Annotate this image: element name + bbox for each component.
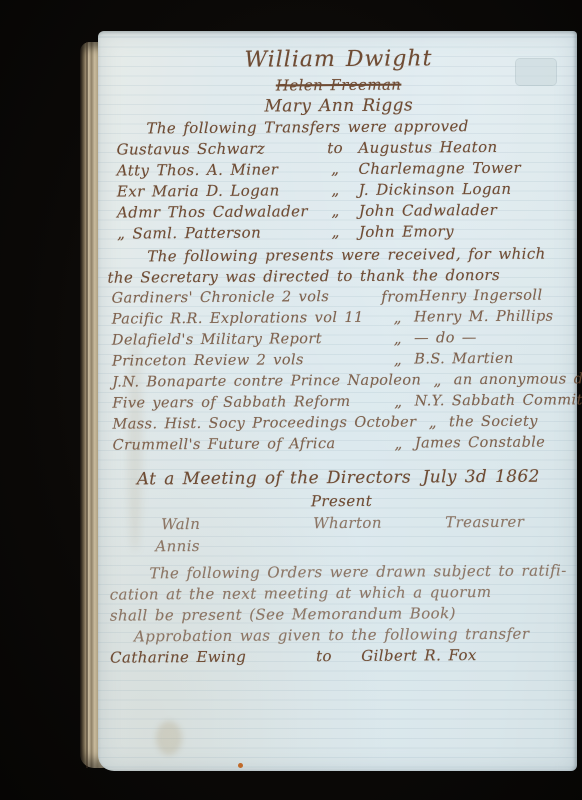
- transfer-from: „ Saml. Patterson: [107, 222, 312, 244]
- attendees-row: Annis: [109, 532, 574, 557]
- ditto-mark: „: [421, 370, 454, 391]
- final-transfer-row: Catharine Ewing to Gilbert R. Fox: [110, 644, 575, 668]
- present-donor: N.Y. Sabbath Committee: [414, 390, 582, 412]
- ditto-mark: „: [312, 159, 359, 180]
- present-donor: James Constable: [415, 432, 574, 454]
- transfer-connector: to: [287, 646, 362, 668]
- transfer-row: „ Saml. Patterson „ John Emory: [107, 220, 572, 244]
- present-item: Pacific R.R. Explorations vol 11: [108, 308, 382, 331]
- ditto-mark: „: [382, 433, 415, 454]
- transfer-from: Gustavus Schwarz: [106, 138, 311, 160]
- minutes-line: Approbation was given to the following t…: [110, 623, 575, 647]
- transfer-from: Atty Thos. A. Miner: [107, 159, 312, 181]
- present-donor: the Society: [449, 411, 574, 433]
- attendee-name: Wharton: [313, 512, 382, 534]
- attendees-row: Waln Wharton Treasurer: [109, 510, 574, 535]
- present-item: Princeton Review 2 vols: [108, 350, 382, 373]
- present-donor: — do —: [414, 327, 573, 349]
- ditto-mark: „: [381, 307, 414, 328]
- ditto-mark: „: [381, 328, 414, 349]
- presents-intro-line1: The following presents were received, fo…: [107, 243, 572, 267]
- meeting-heading-text: At a Meeting of the Directors: [109, 465, 411, 493]
- ditto-mark: „: [312, 201, 359, 222]
- transfer-to: John Emory: [359, 220, 572, 242]
- transfer-from: Catharine Ewing: [110, 646, 287, 668]
- ditto-mark: „: [382, 349, 415, 370]
- meeting-heading: At a Meeting of the Directors July 3d 18…: [109, 463, 574, 492]
- attendee-name: Annis: [155, 537, 200, 555]
- manuscript-page: William Dwight Helen Freeman Mary Ann Ri…: [98, 31, 577, 771]
- ditto-mark: „: [382, 391, 415, 412]
- ditto-mark: to: [312, 138, 359, 159]
- meeting-date: July 3d 1862: [422, 463, 574, 490]
- present-item: Gardiners' Chronicle 2 vols: [108, 287, 382, 310]
- present-item: Delafield's Military Report: [108, 329, 382, 352]
- present-item: Five years of Sabbath Reform: [108, 392, 382, 415]
- handwritten-content: William Dwight Helen Freeman Mary Ann Ri…: [106, 43, 575, 668]
- present-donor: B.S. Martien: [414, 348, 573, 370]
- transfer-to: John Cadwalader: [359, 199, 572, 221]
- attendee-name: Treasurer: [445, 511, 524, 534]
- manuscript-book: William Dwight Helen Freeman Mary Ann Ri…: [80, 26, 578, 774]
- present-item: Crummell's Future of Africa: [109, 434, 383, 457]
- ditto-mark: from: [381, 286, 419, 307]
- heading-name-1: William Dwight: [106, 43, 571, 76]
- ditto-mark: „: [312, 180, 359, 201]
- transfer-from: Admr Thos Cadwalader: [107, 201, 312, 223]
- present-item: J.N. Bonaparte contre Prince Napoleon: [108, 370, 421, 393]
- ditto-mark: „: [416, 412, 449, 433]
- transfer-to: J. Dickinson Logan: [359, 178, 572, 200]
- ditto-mark: „: [312, 222, 359, 243]
- transfer-to: Charlemagne Tower: [358, 157, 571, 179]
- transfer-to: Gilbert R. Fox: [361, 644, 575, 666]
- transfer-to: Augustus Heaton: [358, 136, 571, 158]
- present-item: Mass. Hist. Socy Proceedings October: [108, 412, 416, 435]
- present-row: Crummell's Future of Africa „ James Cons…: [109, 432, 574, 456]
- present-donor: an anonymous donor: [454, 369, 582, 391]
- struck-text: Helen Freeman: [276, 76, 402, 95]
- present-donor: Henry Ingersoll: [419, 285, 573, 307]
- attendee-name: Waln: [161, 513, 200, 535]
- transfer-from: Exr Maria D. Logan: [107, 180, 312, 202]
- present-donor: Henry M. Phillips: [414, 306, 573, 328]
